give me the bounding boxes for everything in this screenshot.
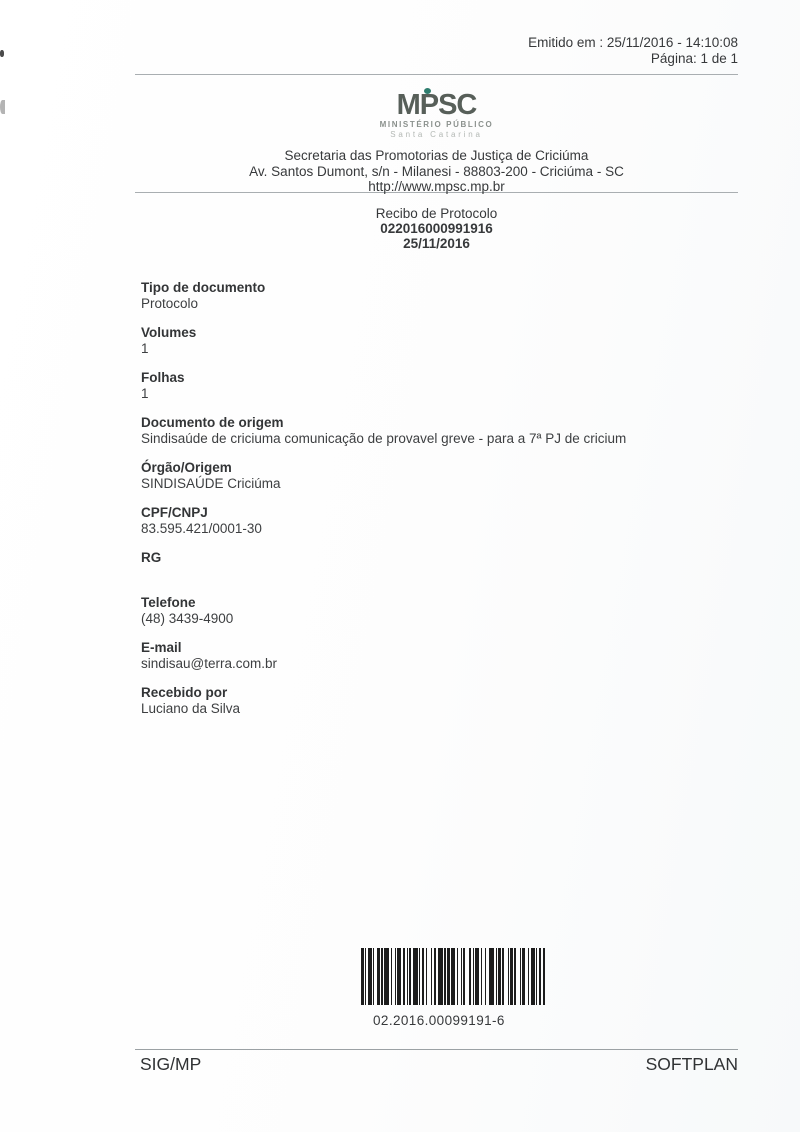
org-address-block: Secretaria das Promotorias de Justiça de… xyxy=(135,148,738,195)
page-footer: SIG/MP SOFTPLAN xyxy=(135,1049,738,1075)
field-documento-de-origem: Documento de origem Sindisaúde de criciu… xyxy=(141,415,738,447)
header-divider xyxy=(135,74,738,75)
field-cpf-cnpj: CPF/CNPJ 83.595.421/0001-30 xyxy=(141,505,738,537)
field-value: sindisau@terra.com.br xyxy=(141,656,738,672)
field-label: Volumes xyxy=(141,325,738,341)
mpsc-wordmark-text: MPSC xyxy=(397,89,477,121)
field-orgao-origem: Órgão/Origem SINDISAÚDE Criciúma xyxy=(141,460,738,492)
header-meta: Emitido em : 25/11/2016 - 14:10:08 Págin… xyxy=(135,0,738,66)
footer-vendor-name: SOFTPLAN xyxy=(646,1054,738,1075)
barcode-section: 02.2016.00099191-6 xyxy=(361,948,545,1028)
field-label: Folhas xyxy=(141,370,738,386)
field-label: Documento de origem xyxy=(141,415,738,431)
mpsc-wordmark: MPSC xyxy=(397,90,477,120)
mpsc-logo: MPSC MINISTÉRIO PÚBLICO Santa Catarina xyxy=(135,90,738,139)
field-value: (48) 3439-4900 xyxy=(141,611,738,627)
field-label: CPF/CNPJ xyxy=(141,505,738,521)
org-secretariat: Secretaria das Promotorias de Justiça de… xyxy=(135,148,738,164)
field-value: SINDISAÚDE Criciúma xyxy=(141,476,738,492)
field-telefone: Telefone (48) 3439-4900 xyxy=(141,595,738,627)
footer-system-name: SIG/MP xyxy=(135,1054,201,1075)
field-label: Órgão/Origem xyxy=(141,460,738,476)
field-value: 1 xyxy=(141,341,738,357)
field-volumes: Volumes 1 xyxy=(141,325,738,357)
logo-state-name: Santa Catarina xyxy=(135,130,738,139)
receipt-header: Recibo de Protocolo 022016000991916 25/1… xyxy=(135,206,738,251)
field-value: 83.595.421/0001-30 xyxy=(141,521,738,537)
field-value: Protocolo xyxy=(141,296,738,312)
barcode xyxy=(361,948,545,1005)
emitted-timestamp: Emitido em : 25/11/2016 - 14:10:08 xyxy=(135,35,738,51)
receipt-date: 25/11/2016 xyxy=(135,236,738,251)
scanned-document-page: Emitido em : 25/11/2016 - 14:10:08 Págin… xyxy=(0,0,800,1132)
logo-dot-icon xyxy=(424,88,431,94)
field-list: Tipo de documento Protocolo Volumes 1 Fo… xyxy=(135,280,738,717)
field-value xyxy=(141,566,738,582)
field-recebido-por: Recebido por Luciano da Silva xyxy=(141,685,738,717)
barcode-bar xyxy=(543,948,546,1005)
scan-artifact xyxy=(0,100,5,114)
field-label: RG xyxy=(141,550,738,566)
field-email: E-mail sindisau@terra.com.br xyxy=(141,640,738,672)
logo-org-name: MINISTÉRIO PÚBLICO xyxy=(135,120,738,129)
page-indicator: Página: 1 de 1 xyxy=(135,51,738,67)
field-value: Luciano da Silva xyxy=(141,701,738,717)
field-folhas: Folhas 1 xyxy=(141,370,738,402)
field-label: Recebido por xyxy=(141,685,738,701)
scan-artifact xyxy=(0,50,4,57)
field-rg: RG xyxy=(141,550,738,582)
receipt-title: Recibo de Protocolo xyxy=(135,206,738,221)
barcode-number: 02.2016.00099191-6 xyxy=(361,1013,545,1028)
field-label: Telefone xyxy=(141,595,738,611)
field-value: Sindisaúde de criciuma comunicação de pr… xyxy=(141,431,738,447)
field-value: 1 xyxy=(141,386,738,402)
org-street-address: Av. Santos Dumont, s/n - Milanesi - 8880… xyxy=(135,164,738,180)
field-tipo-de-documento: Tipo de documento Protocolo xyxy=(141,280,738,312)
field-label: E-mail xyxy=(141,640,738,656)
receipt-protocol-number: 022016000991916 xyxy=(135,221,738,236)
field-label: Tipo de documento xyxy=(141,280,738,296)
